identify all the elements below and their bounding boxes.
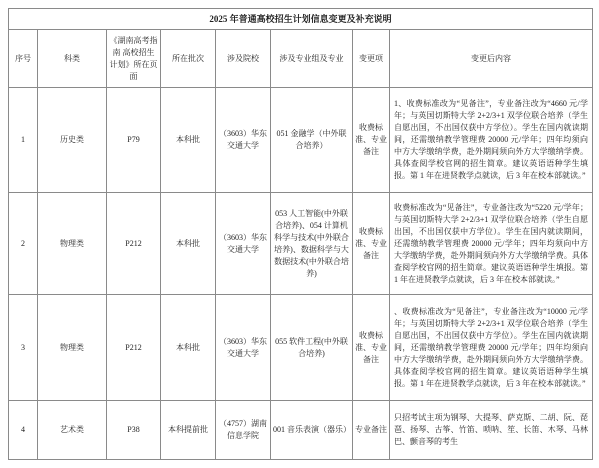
row1-change-content: 1、收费标准改为“见备注”，专业备注改为“4660 元/学年；与英国切斯特大学 …: [390, 88, 593, 193]
row1-major-group: 051 金融学（中外联合培养）: [271, 88, 353, 193]
row4-category: 艺术类: [38, 401, 107, 460]
row2-category: 物理类: [38, 193, 107, 295]
table-row: 1 历史类 P79 本科批 （3603）华东交通大学 051 金融学（中外联合培…: [9, 88, 593, 193]
row3-seq: 3: [9, 295, 38, 401]
row1-batch: 本科批: [161, 88, 216, 193]
header-change-content: 变更后内容: [390, 30, 593, 88]
row2-guide-page: P212: [107, 193, 161, 295]
table-row: 3 物理类 P212 本科批 （3603）华东交通大学 055 软件工程(中外联…: [9, 295, 593, 401]
row2-change-content: 收费标准改为“见备注”，专业备注改为“5220 元/学年；与英国切斯特大学 2+…: [390, 193, 593, 295]
row2-major-group: 053 人工智能(中外联合培养)、054 计算机科学与技术(中外联合培养)、数据…: [271, 193, 353, 295]
row3-major-group: 055 软件工程(中外联合培养): [271, 295, 353, 401]
header-seq: 序号: [9, 30, 38, 88]
row2-change-item: 收费标准、专业备注: [353, 193, 390, 295]
row1-change-item: 收费标准、专业备注: [353, 88, 390, 193]
header-change-item: 变更项: [353, 30, 390, 88]
row4-batch: 本科提前批: [161, 401, 216, 460]
row4-college: （4757）湖南信息学院: [216, 401, 271, 460]
row3-change-item: 收费标准、专业备注: [353, 295, 390, 401]
row1-college: （3603）华东交通大学: [216, 88, 271, 193]
header-college: 涉及院校: [216, 30, 271, 88]
row4-change-content: 只招考试主项为钢琴、大提琴、萨克斯、二胡、阮、琵琶、扬琴、古筝、竹笛、唢呐、笙、…: [390, 401, 593, 460]
row4-major-group: 001 音乐表演（器乐）: [271, 401, 353, 460]
row2-seq: 2: [9, 193, 38, 295]
row2-batch: 本科批: [161, 193, 216, 295]
row3-college: （3603）华东交通大学: [216, 295, 271, 401]
header-batch: 所在批次: [161, 30, 216, 88]
row3-change-content: 、收费标准改为“见备注”，专业备注改为“10000 元/学年；与英国切斯特大学 …: [390, 295, 593, 401]
row4-seq: 4: [9, 401, 38, 460]
header-major-group: 涉及专业组及专业: [271, 30, 353, 88]
table-row: 2 物理类 P212 本科批 （3603）华东交通大学 053 人工智能(中外联…: [9, 193, 593, 295]
header-category: 科类: [38, 30, 107, 88]
row4-guide-page: P38: [107, 401, 161, 460]
header-guide-page: 《湖南高考指南 高校招生计划》所在页面: [107, 30, 161, 88]
admission-change-table: 2025 年普通高校招生计划信息变更及补充说明 序号 科类 《湖南高考指南 高校…: [8, 8, 593, 460]
row3-category: 物理类: [38, 295, 107, 401]
row3-guide-page: P212: [107, 295, 161, 401]
row2-college: （3603）华东交通大学: [216, 193, 271, 295]
row1-category: 历史类: [38, 88, 107, 193]
row1-seq: 1: [9, 88, 38, 193]
row4-change-item: 专业备注: [353, 401, 390, 460]
title-row: 2025 年普通高校招生计划信息变更及补充说明: [9, 9, 593, 30]
header-row: 序号 科类 《湖南高考指南 高校招生计划》所在页面 所在批次 涉及院校 涉及专业…: [9, 30, 593, 88]
row1-guide-page: P79: [107, 88, 161, 193]
table-title: 2025 年普通高校招生计划信息变更及补充说明: [9, 9, 593, 30]
row3-batch: 本科批: [161, 295, 216, 401]
table-row: 4 艺术类 P38 本科提前批 （4757）湖南信息学院 001 音乐表演（器乐…: [9, 401, 593, 460]
